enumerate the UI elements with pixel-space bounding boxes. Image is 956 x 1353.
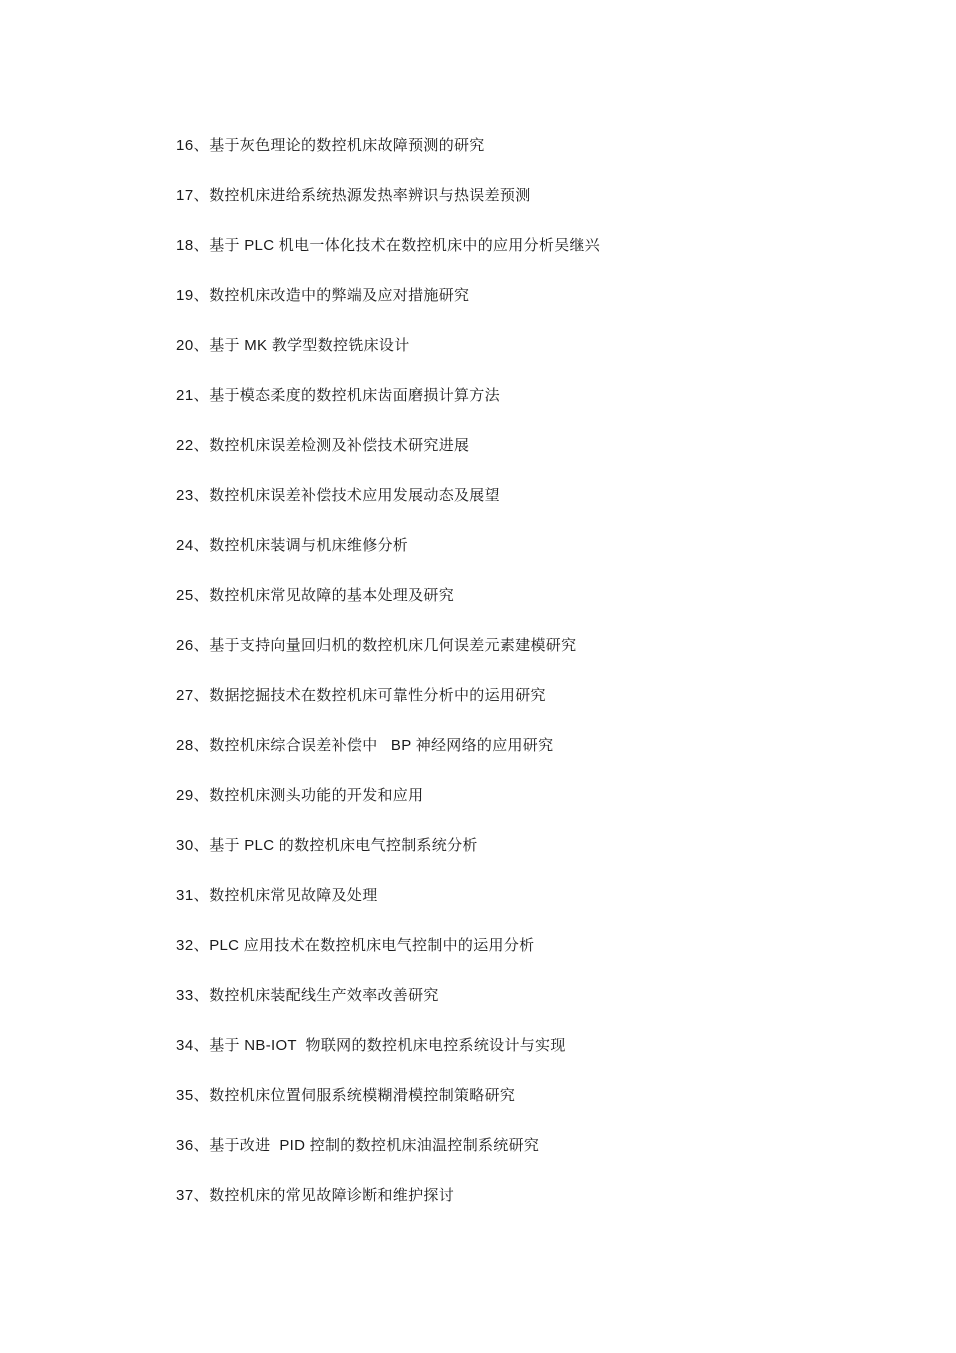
list-item: 25、数控机床常见故障的基本处理及研究 — [176, 582, 806, 609]
item-text: 数控机床装配线生产效率改善研究 — [209, 987, 439, 1004]
list-item: 17、数控机床进给系统热源发热率辨识与热误差预测 — [176, 182, 806, 209]
list-item: 24、数控机床装调与机床维修分析 — [176, 532, 806, 559]
item-number: 26、 — [176, 637, 209, 654]
item-number: 19、 — [176, 287, 209, 304]
list-item: 26、基于支持向量回归机的数控机床几何误差元素建模研究 — [176, 632, 806, 659]
list-item: 27、数据挖掘技术在数控机床可靠性分析中的运用研究 — [176, 682, 806, 709]
item-text: 数控机床综合误差补偿中 BP 神经网络的应用研究 — [209, 737, 553, 754]
list-item: 29、数控机床测头功能的开发和应用 — [176, 782, 806, 809]
item-text: 基于 PLC 机电一体化技术在数控机床中的应用分析吴继兴 — [209, 237, 600, 254]
item-text: 基于改进 PID 控制的数控机床油温控制系统研究 — [209, 1137, 539, 1154]
item-number: 22、 — [176, 437, 209, 454]
item-number: 37、 — [176, 1187, 209, 1204]
list-item: 30、基于 PLC 的数控机床电气控制系统分析 — [176, 832, 806, 859]
item-number: 36、 — [176, 1137, 209, 1154]
item-text: 数控机床误差补偿技术应用发展动态及展望 — [209, 487, 500, 504]
list-item: 28、数控机床综合误差补偿中 BP 神经网络的应用研究 — [176, 732, 806, 759]
item-text: 基于 MK 教学型数控铣床设计 — [209, 337, 409, 354]
item-text: PLC 应用技术在数控机床电气控制中的运用分析 — [209, 937, 534, 954]
item-text: 基于模态柔度的数控机床齿面磨损计算方法 — [209, 387, 500, 404]
item-text: 数控机床进给系统热源发热率辨识与热误差预测 — [209, 187, 530, 204]
item-number: 32、 — [176, 937, 209, 954]
list-item: 34、基于 NB-IOT 物联网的数控机床电控系统设计与实现 — [176, 1032, 806, 1059]
item-text: 数控机床常见故障的基本处理及研究 — [209, 587, 454, 604]
list-item: 21、基于模态柔度的数控机床齿面磨损计算方法 — [176, 382, 806, 409]
item-number: 23、 — [176, 487, 209, 504]
list-item: 20、基于 MK 教学型数控铣床设计 — [176, 332, 806, 359]
list-item: 19、数控机床改造中的弊端及应对措施研究 — [176, 282, 806, 309]
item-text: 数控机床改造中的弊端及应对措施研究 — [209, 287, 469, 304]
item-number: 29、 — [176, 787, 209, 804]
list-item: 22、数控机床误差检测及补偿技术研究进展 — [176, 432, 806, 459]
item-number: 34、 — [176, 1037, 209, 1054]
item-text: 数控机床测头功能的开发和应用 — [209, 787, 423, 804]
titles-list: 16、基于灰色理论的数控机床故障预测的研究 17、数控机床进给系统热源发热率辨识… — [176, 132, 806, 1209]
item-text: 数控机床误差检测及补偿技术研究进展 — [209, 437, 469, 454]
list-item: 35、数控机床位置伺服系统模糊滑模控制策略研究 — [176, 1082, 806, 1109]
item-number: 20、 — [176, 337, 209, 354]
item-text: 数控机床位置伺服系统模糊滑模控制策略研究 — [209, 1087, 515, 1104]
list-item: 18、基于 PLC 机电一体化技术在数控机床中的应用分析吴继兴 — [176, 232, 806, 259]
item-number: 16、 — [176, 137, 209, 154]
item-number: 33、 — [176, 987, 209, 1004]
item-number: 18、 — [176, 237, 209, 254]
item-number: 21、 — [176, 387, 209, 404]
item-number: 17、 — [176, 187, 209, 204]
item-number: 25、 — [176, 587, 209, 604]
list-item: 33、数控机床装配线生产效率改善研究 — [176, 982, 806, 1009]
item-text: 数控机床的常见故障诊断和维护探讨 — [209, 1187, 454, 1204]
item-text: 基于 NB-IOT 物联网的数控机床电控系统设计与实现 — [209, 1037, 565, 1054]
list-item: 37、数控机床的常见故障诊断和维护探讨 — [176, 1182, 806, 1209]
item-text: 数控机床装调与机床维修分析 — [209, 537, 408, 554]
item-text: 基于支持向量回归机的数控机床几何误差元素建模研究 — [209, 637, 576, 654]
list-item: 32、PLC 应用技术在数控机床电气控制中的运用分析 — [176, 932, 806, 959]
item-number: 30、 — [176, 837, 209, 854]
item-number: 35、 — [176, 1087, 209, 1104]
list-item: 36、基于改进 PID 控制的数控机床油温控制系统研究 — [176, 1132, 806, 1159]
document-page: 16、基于灰色理论的数控机床故障预测的研究 17、数控机床进给系统热源发热率辨识… — [0, 0, 956, 1353]
item-number: 24、 — [176, 537, 209, 554]
list-item: 23、数控机床误差补偿技术应用发展动态及展望 — [176, 482, 806, 509]
item-text: 基于 PLC 的数控机床电气控制系统分析 — [209, 837, 478, 854]
item-text: 数控机床常见故障及处理 — [209, 887, 377, 904]
item-number: 31、 — [176, 887, 209, 904]
list-item: 31、数控机床常见故障及处理 — [176, 882, 806, 909]
item-text: 数据挖掘技术在数控机床可靠性分析中的运用研究 — [209, 687, 546, 704]
item-text: 基于灰色理论的数控机床故障预测的研究 — [209, 137, 484, 154]
list-item: 16、基于灰色理论的数控机床故障预测的研究 — [176, 132, 806, 159]
item-number: 28、 — [176, 737, 209, 754]
item-number: 27、 — [176, 687, 209, 704]
